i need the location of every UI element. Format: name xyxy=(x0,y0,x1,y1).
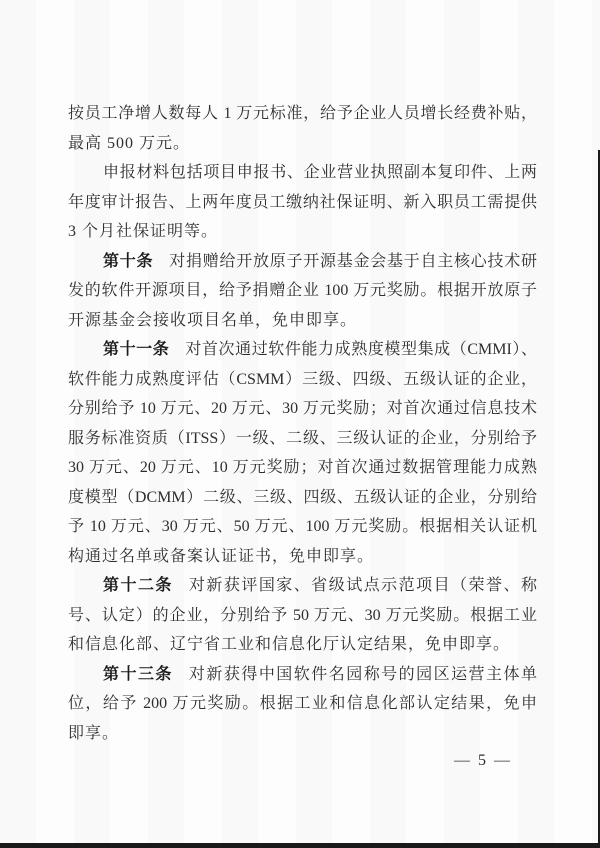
text-line: 发的软件开源项目，给予捐赠企业 100 万元奖励。根据开放原子 xyxy=(68,276,537,306)
text-line: 第十三条对新获得中国软件名园称号的园区运营主体单 xyxy=(68,660,537,690)
line-text: 按员工净增人数每人 1 万元标准，给予企业人员增长经费补贴， xyxy=(68,105,537,122)
text-line: 号、认定）的企业，分别给予 50 万元、30 万元奖励。根据工业 xyxy=(68,601,537,631)
line-text: 30 万元、20 万元、10 万元奖励；对首次通过数据管理能力成熟 xyxy=(68,459,537,476)
line-text: 构通过名单或备案认证证书，免申即享。 xyxy=(68,548,374,565)
text-line: 即享。 xyxy=(68,719,537,749)
line-text: 最高 500 万元。 xyxy=(68,135,190,152)
article-number: 第十三条 xyxy=(103,666,173,683)
text-line: 按员工净增人数每人 1 万元标准，给予企业人员增长经费补贴， xyxy=(68,99,537,129)
line-text: 对首次通过软件能力成熟度模型集成（CMMI）、 xyxy=(185,341,537,358)
text-line: 第十条对捐赠给开放原子开源基金会基于自主核心技术研 xyxy=(68,247,537,277)
text-line: 申报材料包括项目申报书、企业营业执照副本复印件、上两 xyxy=(68,158,537,188)
text-line: 第十二条对新获评国家、省级试点示范项目（荣誉、称 xyxy=(68,571,537,601)
line-text: 发的软件开源项目，给予捐赠企业 100 万元奖励。根据开放原子 xyxy=(68,282,537,299)
article-number: 第十一条 xyxy=(103,341,169,358)
line-text: 对新获评国家、省级试点示范项目（荣誉、称 xyxy=(189,577,537,594)
text-line: 年度审计报告、上两年度员工缴纳社保证明、新入职员工需提供 xyxy=(68,188,537,218)
line-text: 3 个月社保证明等。 xyxy=(68,223,218,240)
text-line: 3 个月社保证明等。 xyxy=(68,217,537,247)
line-text: 即享。 xyxy=(68,725,119,742)
text-line: 软件能力成熟度评估（CSMM）三级、四级、五级认证的企业， xyxy=(68,365,537,395)
article-number: 第十条 xyxy=(103,253,153,270)
page-number: — 5 — xyxy=(454,752,512,770)
line-text: 予 10 万元、30 万元、50 万元、100 万元奖励。根据相关认证机 xyxy=(68,518,537,535)
line-text: 服务标准资质（ITSS）一级、二级、三级认证的企业，分别给予 xyxy=(68,430,537,447)
scanned-document-page: 按员工净增人数每人 1 万元标准，给予企业人员增长经费补贴，最高 500 万元。… xyxy=(0,0,600,848)
line-text: 和信息化部、辽宁省工业和信息化厅认定结果，免申即享。 xyxy=(68,636,510,653)
text-line: 分别给予 10 万元、20 万元、30 万元奖励；对首次通过信息技术 xyxy=(68,394,537,424)
text-line: 30 万元、20 万元、10 万元奖励；对首次通过数据管理能力成熟 xyxy=(68,453,537,483)
text-line: 度模型（DCMM）二级、三级、四级、五级认证的企业，分别给 xyxy=(68,483,537,513)
line-text: 对捐赠给开放原子开源基金会基于自主核心技术研 xyxy=(169,253,537,270)
text-line: 开源基金会接收项目名单，免申即享。 xyxy=(68,306,537,336)
text-line: 第十一条对首次通过软件能力成熟度模型集成（CMMI）、 xyxy=(68,335,537,365)
line-text: 分别给予 10 万元、20 万元、30 万元奖励；对首次通过信息技术 xyxy=(68,400,537,417)
text-line: 和信息化部、辽宁省工业和信息化厅认定结果，免申即享。 xyxy=(68,630,537,660)
document-body: 按员工净增人数每人 1 万元标准，给予企业人员增长经费补贴，最高 500 万元。… xyxy=(68,99,537,748)
text-line: 位，给予 200 万元奖励。根据工业和信息化部认定结果，免申 xyxy=(68,689,537,719)
line-text: 申报材料包括项目申报书、企业营业执照副本复印件、上两 xyxy=(103,164,537,181)
line-text: 软件能力成熟度评估（CSMM）三级、四级、五级认证的企业， xyxy=(68,371,537,388)
scan-edge-bottom xyxy=(0,843,600,848)
line-text: 对新获得中国软件名园称号的园区运营主体单 xyxy=(189,666,537,683)
text-line: 服务标准资质（ITSS）一级、二级、三级认证的企业，分别给予 xyxy=(68,424,537,454)
article-number: 第十二条 xyxy=(103,577,173,594)
text-line: 予 10 万元、30 万元、50 万元、100 万元奖励。根据相关认证机 xyxy=(68,512,537,542)
line-text: 位，给予 200 万元奖励。根据工业和信息化部认定结果，免申 xyxy=(68,695,537,712)
text-line: 构通过名单或备案认证证书，免申即享。 xyxy=(68,542,537,572)
line-text: 开源基金会接收项目名单，免申即享。 xyxy=(68,312,357,329)
line-text: 年度审计报告、上两年度员工缴纳社保证明、新入职员工需提供 xyxy=(68,194,537,211)
line-text: 度模型（DCMM）二级、三级、四级、五级认证的企业，分别给 xyxy=(68,489,537,506)
text-line: 最高 500 万元。 xyxy=(68,129,537,159)
line-text: 号、认定）的企业，分别给予 50 万元、30 万元奖励。根据工业 xyxy=(68,607,537,624)
